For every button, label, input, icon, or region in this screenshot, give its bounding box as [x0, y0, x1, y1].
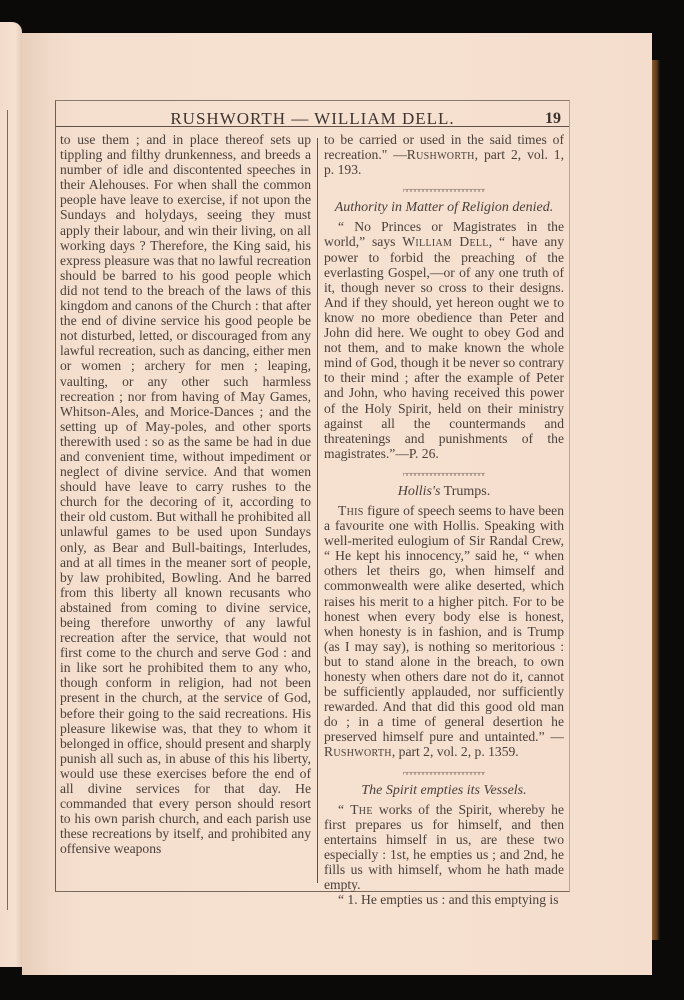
- paragraph-text: figure of speech seems to have been a fa…: [324, 503, 564, 744]
- column-divider: [317, 138, 318, 883]
- right-column: to be carried or used in the said times …: [324, 132, 564, 907]
- section-heading: Authority in Matter of Religion denied.: [324, 200, 564, 215]
- facing-page-edge: [0, 22, 22, 967]
- section-paragraph: “ No Princes or Magistrates in the world…: [324, 219, 564, 461]
- heading-roman: Trumps.: [440, 484, 490, 499]
- paragraph-lead: This: [338, 503, 364, 518]
- wavy-separator: [403, 769, 485, 775]
- continuation-paragraph: to be carried or used in the said times …: [324, 132, 564, 177]
- text-frame: RUSHWORTH — WILLIAM DELL. 19 to use them…: [55, 100, 570, 892]
- section-heading: The Spirit empties its Vessels.: [324, 783, 564, 798]
- left-column: to use them ; and in place thereof sets …: [60, 132, 311, 857]
- section-paragraph: “ 1. He empties us : and this emptying i…: [324, 892, 564, 907]
- paragraph-lead: “: [338, 802, 350, 817]
- citation: , part 2, vol. 2, p. 1359.: [392, 744, 519, 759]
- facing-page-frame: [0, 110, 8, 910]
- left-column-paragraph: to use them ; and in place thereof sets …: [60, 132, 311, 857]
- section-paragraph: “ The works of the Spirit, whereby he fi…: [324, 802, 564, 893]
- section-heading: Hollis's Trumps.: [324, 484, 564, 499]
- author-name: William Dell: [402, 234, 488, 249]
- section-paragraph: This figure of speech seems to have been…: [324, 503, 564, 760]
- heading-italic: Hollis's: [398, 484, 441, 499]
- running-title: RUSHWORTH — WILLIAM DELL.: [56, 109, 569, 129]
- book-page: RUSHWORTH — WILLIAM DELL. 19 to use them…: [22, 33, 652, 975]
- running-head: RUSHWORTH — WILLIAM DELL. 19: [56, 101, 569, 127]
- author-name: Rushworth: [324, 744, 392, 759]
- paragraph-text: , “ have any power to forbid the preachi…: [324, 234, 564, 460]
- page-stack-edge: [652, 60, 660, 940]
- paragraph-lead-smallcaps: The: [350, 802, 373, 817]
- author-name: Rushworth: [407, 147, 475, 162]
- wavy-separator: [403, 186, 485, 192]
- page-number: 19: [545, 110, 561, 128]
- wavy-separator: [403, 470, 485, 476]
